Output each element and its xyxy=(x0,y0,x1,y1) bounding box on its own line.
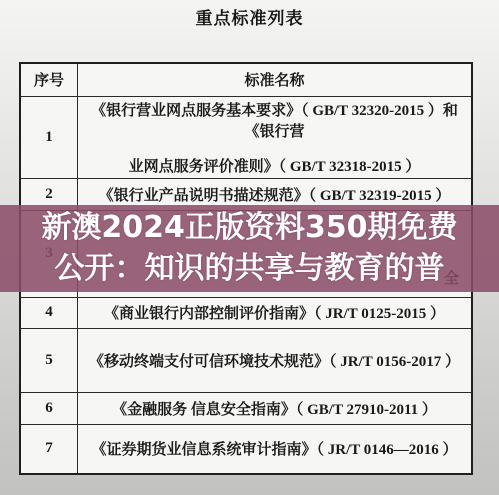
watermark-line-2: 公开：知识的共享与教育的普 xyxy=(55,250,445,288)
table-row: 5 《移动终端支付可信环境技术规范》（ JR/T 0156-2017 ） xyxy=(20,328,472,392)
table-row: 4 《商业银行内部控制评价指南》（ JR/T 0125-2015 ） xyxy=(20,297,472,328)
row-number: 4 xyxy=(20,297,78,328)
standard-name-cell: 《移动终端支付可信环境技术规范》（ JR/T 0156-2017 ） xyxy=(78,328,473,392)
table-header-row: 序号 标准名称 xyxy=(20,63,472,96)
row-number: 7 xyxy=(20,424,78,474)
header-standard-name: 标准名称 xyxy=(78,63,473,96)
standard-name-cell: 《商业银行内部控制评价指南》（ JR/T 0125-2015 ） xyxy=(78,297,473,328)
table-row: 6 《金融服务 信息安全指南》（ GB/T 27910-2011 ） xyxy=(20,392,472,424)
scanned-document-page: 重点标准列表 序号 标准名称 1 《银行营业网点服务基本要求》（ GB/T 32… xyxy=(0,0,499,495)
watermark-line-1: 新澳2024正版资料350期免费 xyxy=(41,209,457,247)
standard-name-line1: 《银行营业网点服务基本要求》（ GB/T 32320-2015 ）和《银行营 xyxy=(84,99,465,141)
watermark-overlay-banner: 新澳2024正版资料350期免费 公开：知识的共享与教育的普 xyxy=(0,205,499,292)
header-number: 序号 xyxy=(20,63,78,96)
row-number: 6 xyxy=(20,392,78,424)
standard-name-cell: 《证券期货业信息系统审计指南》（ JR/T 0146—2016 ） xyxy=(78,424,473,474)
row-number: 5 xyxy=(20,328,78,392)
standard-name-cell: 《银行营业网点服务基本要求》（ GB/T 32320-2015 ）和《银行营 业… xyxy=(78,96,473,178)
standard-name-cell: 《金融服务 信息安全指南》（ GB/T 27910-2011 ） xyxy=(78,392,473,424)
page-title: 重点标准列表 xyxy=(0,4,499,29)
table-row: 1 《银行营业网点服务基本要求》（ GB/T 32320-2015 ）和《银行营… xyxy=(20,96,472,178)
table-row: 7 《证券期货业信息系统审计指南》（ JR/T 0146—2016 ） xyxy=(20,424,472,474)
standard-name-line2: 业网点服务评价准则》（ GB/T 32318-2015 ） xyxy=(84,155,465,176)
row-number: 1 xyxy=(20,96,78,178)
